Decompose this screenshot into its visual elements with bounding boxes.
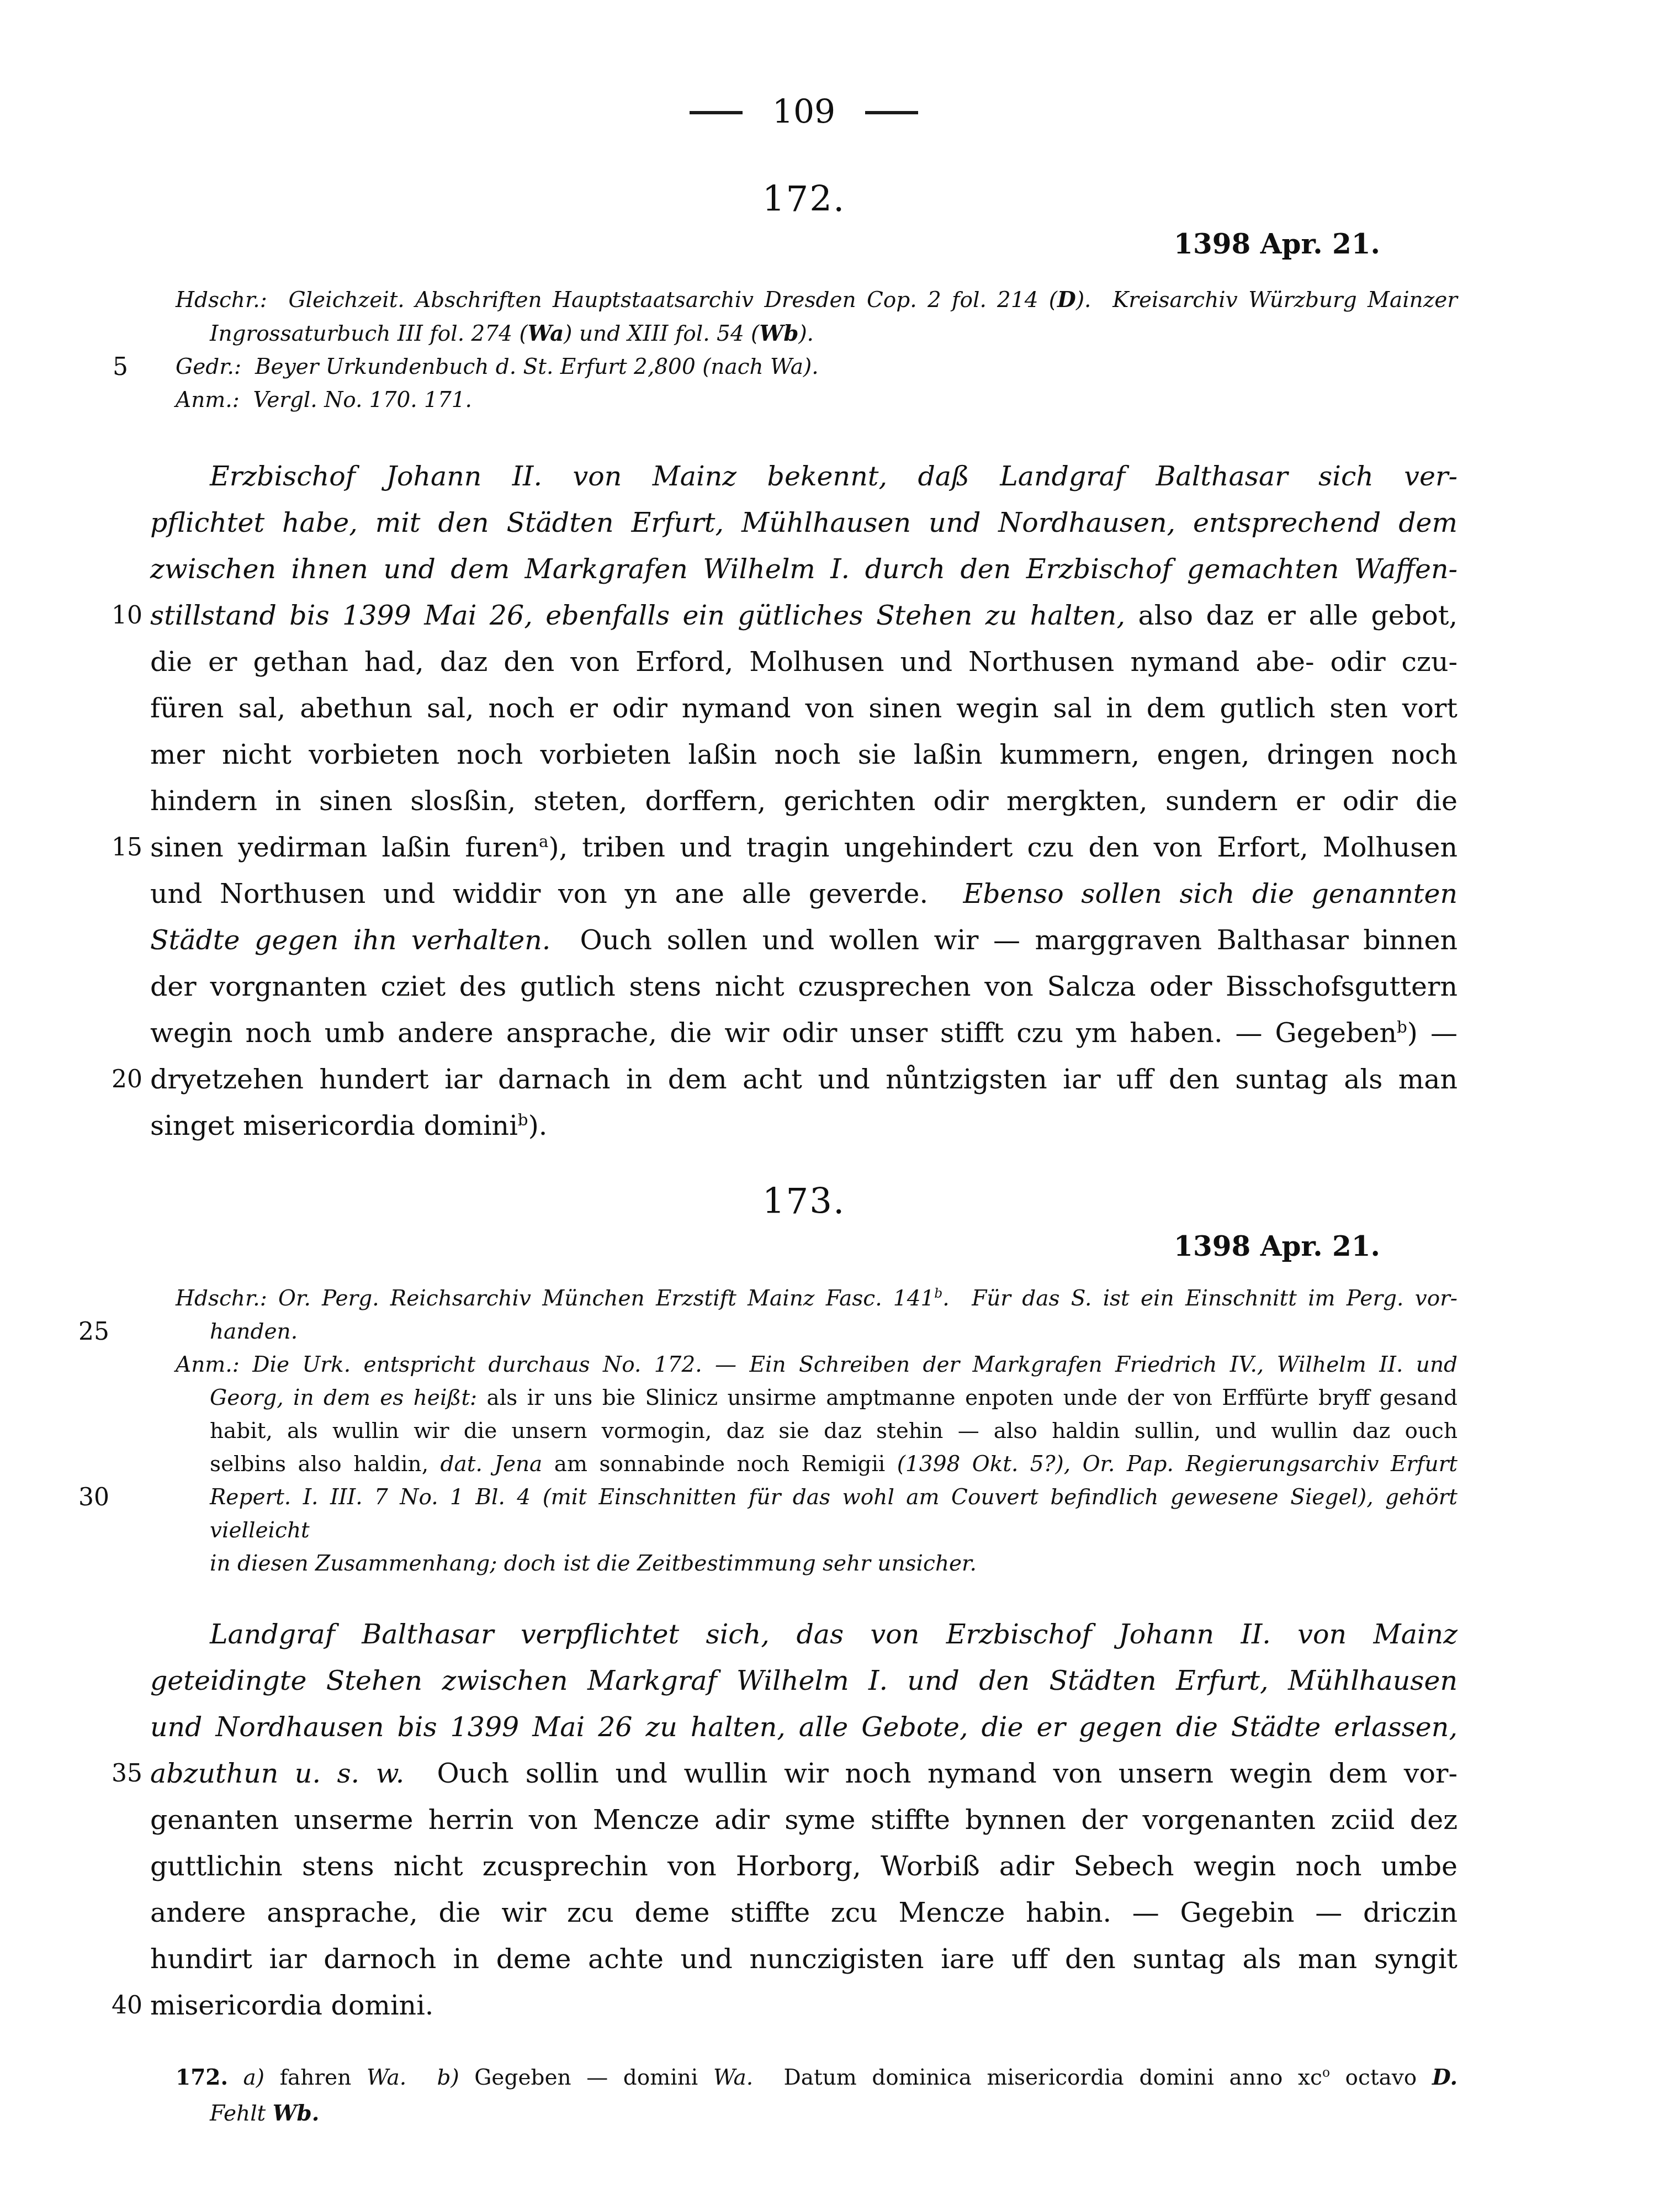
text-segment: pflichtet habe, mit den Städten Erfurt, … bbox=[150, 507, 1458, 538]
text-segment: zwischen ihnen und dem Markgrafen Wilhel… bbox=[150, 553, 1458, 585]
text-segment: (1398 Okt. 5?), bbox=[897, 1452, 1070, 1477]
text-segment: Wb bbox=[759, 321, 798, 346]
page-content: 109 172. 1398 Apr. 21. Hdschr.: Gleichze… bbox=[150, 0, 1458, 2132]
text-segment: geteidingte Stehen zwischen Markgraf Wil… bbox=[150, 1665, 1458, 1696]
text-segment: Ouch sollen und wollen wir — marggraven … bbox=[550, 924, 1458, 956]
footnote-block: 172. a) fahren Wa. b) Gegeben — domini W… bbox=[176, 2060, 1458, 2132]
text-segment bbox=[1070, 1452, 1082, 1477]
text-segment: am sonnabinde noch Remigii bbox=[542, 1452, 897, 1477]
margin-line-number: 15 bbox=[112, 824, 142, 871]
entry-173-body: Landgraf Balthasar verpflichtet sich, da… bbox=[150, 1611, 1458, 2029]
text-segment: a bbox=[539, 832, 549, 851]
text-segment: die er gethan had, daz den von Erford, M… bbox=[150, 646, 1458, 678]
text-line: hindern in sinen slosßin, steten, dorffe… bbox=[150, 778, 1458, 824]
text-line: 5Gedr.: Beyer Urkundenbuch d. St. Erfurt… bbox=[176, 351, 1458, 384]
text-segment: Gegeben — domini bbox=[459, 2065, 713, 2090]
text-line: und Nordhausen bis 1399 Mai 26 zu halten… bbox=[150, 1704, 1458, 1751]
text-segment: Hdschr.: Or. Perg. Reichsarchiv München … bbox=[176, 1286, 934, 1311]
text-segment: Or. Pap. Regierungsarchiv Erfurt bbox=[1083, 1452, 1458, 1477]
text-segment: guttlichin stens nicht zcusprechin von H… bbox=[150, 1850, 1458, 1882]
text-segment: füren sal, abethun sal, noch er odir nym… bbox=[150, 692, 1458, 724]
text-segment: andere ansprache, die wir zcu deme stiff… bbox=[150, 1897, 1458, 1928]
text-segment: Landgraf Balthasar verpflichtet sich, da… bbox=[210, 1619, 1458, 1650]
text-segment: b bbox=[518, 1111, 528, 1129]
text-segment: . Für das S. ist ein Einschnitt im Perg.… bbox=[942, 1286, 1458, 1311]
margin-line-number: 10 bbox=[112, 593, 142, 639]
text-line: und Northusen und widdir von yn ane alle… bbox=[150, 871, 1458, 917]
text-segment: Erzbischof Johann II. von Mainz bekennt,… bbox=[210, 461, 1458, 492]
text-segment: handen. bbox=[210, 1319, 298, 1344]
text-segment: dryetzehen hundert iar darnach in dem ac… bbox=[150, 1064, 1458, 1095]
text-segment: Städte gegen ihn verhalten. bbox=[150, 924, 550, 956]
text-segment: ), triben und tragin ungehindert czu den… bbox=[549, 832, 1458, 863]
text-segment: Ingrossaturbuch III fol. 274 ( bbox=[210, 321, 528, 346]
text-segment: abzuthun u. s. w. bbox=[150, 1758, 404, 1789]
page-number: 109 bbox=[772, 93, 836, 131]
text-segment: Ebenso sollen sich die genannten bbox=[963, 878, 1458, 910]
text-segment: b bbox=[1397, 1018, 1407, 1037]
text-segment: b bbox=[934, 1286, 942, 1301]
text-line: Erzbischof Johann II. von Mainz bekennt,… bbox=[150, 453, 1458, 500]
margin-line-number: 20 bbox=[112, 1056, 142, 1103]
text-segment: Anm.: Die Urk. entspricht durchaus No. 1… bbox=[176, 1352, 1458, 1377]
margin-line-number: 25 bbox=[78, 1315, 109, 1349]
text-segment: der vorgnanten cziet des gutlich stens n… bbox=[150, 971, 1458, 1002]
text-line: Städte gegen ihn verhalten. Ouch sollen … bbox=[150, 917, 1458, 964]
document-page: 109 172. 1398 Apr. 21. Hdschr.: Gleichze… bbox=[0, 0, 1680, 2189]
margin-line-number: 30 bbox=[78, 1481, 109, 1514]
text-line: genanten unserme herrin von Mencze adir … bbox=[150, 1797, 1458, 1843]
text-segment: octavo bbox=[1330, 2065, 1432, 2090]
text-segment: Anm.: Vergl. No. 170. 171. bbox=[176, 388, 472, 413]
text-segment: 172. bbox=[176, 2065, 228, 2090]
text-line: der vorgnanten cziet des gutlich stens n… bbox=[150, 964, 1458, 1010]
entry-172-source-block: Hdschr.: Gleichzeit. Abschriften Hauptst… bbox=[176, 283, 1458, 417]
text-segment: sinen yedirman laßin furen bbox=[150, 832, 539, 863]
text-segment: und Nordhausen bis 1399 Mai 26 zu halten… bbox=[150, 1711, 1458, 1743]
margin-line-number: 5 bbox=[113, 351, 128, 384]
text-segment: o bbox=[1322, 2065, 1330, 2080]
entry-173-heading: 173. bbox=[150, 1181, 1458, 1222]
text-line: Georg, in dem es heißt: als ir uns bie S… bbox=[176, 1382, 1458, 1415]
text-segment: wegin noch umb andere ansprache, die wir… bbox=[150, 1017, 1397, 1049]
text-segment: Wb. bbox=[273, 2101, 320, 2126]
text-segment: Datum dominica misericordia domini anno … bbox=[753, 2065, 1322, 2090]
text-segment: selbins also haldin, bbox=[210, 1452, 441, 1477]
text-line: hundirt iar darnoch in deme achte und nu… bbox=[150, 1936, 1458, 1982]
text-segment: ) und XIII fol. 54 ( bbox=[564, 321, 759, 346]
text-segment: hundirt iar darnoch in deme achte und nu… bbox=[150, 1943, 1458, 1975]
text-segment: stillstand bis 1399 Mai 26, ebenfalls ei… bbox=[150, 600, 1125, 631]
text-segment: ) — bbox=[1407, 1017, 1458, 1049]
text-line: Fehlt Wb. bbox=[176, 2096, 1458, 2132]
entry-173-source-block: Hdschr.: Or. Perg. Reichsarchiv München … bbox=[176, 1282, 1458, 1580]
text-segment: in diesen Zusammenhang; doch ist die Zei… bbox=[210, 1551, 977, 1576]
text-line: Ingrossaturbuch III fol. 274 (Wa) und XI… bbox=[176, 317, 1458, 351]
page-header: 109 bbox=[150, 0, 1458, 131]
text-line: in diesen Zusammenhang; doch ist die Zei… bbox=[176, 1547, 1458, 1580]
entry-172-heading: 172. bbox=[150, 179, 1458, 220]
entry-172-date: 1398 Apr. 21. bbox=[150, 228, 1458, 260]
text-line: selbins also haldin, dat. Jena am sonnab… bbox=[176, 1448, 1458, 1481]
text-line: Anm.: Vergl. No. 170. 171. bbox=[176, 384, 1458, 417]
text-line: andere ansprache, die wir zcu deme stiff… bbox=[150, 1890, 1458, 1936]
text-segment: Repert. I. III. 7 No. 1 Bl. 4 (mit Einsc… bbox=[210, 1485, 1458, 1543]
text-line: 25handen. bbox=[176, 1315, 1458, 1349]
text-segment: also daz er alle gebot, bbox=[1125, 600, 1458, 631]
text-line: pflichtet habe, mit den Städten Erfurt, … bbox=[150, 500, 1458, 546]
text-segment: mer nicht vorbieten noch vorbieten laßin… bbox=[150, 739, 1458, 770]
text-line: 35abzuthun u. s. w. Ouch sollin und wull… bbox=[150, 1751, 1458, 1797]
text-segment: habit, als wullin wir die unsern vormogi… bbox=[210, 1419, 1458, 1444]
text-segment: Hdschr.: Gleichzeit. Abschriften Hauptst… bbox=[176, 288, 1057, 313]
text-segment: ). bbox=[798, 321, 814, 346]
header-rule-right bbox=[865, 111, 918, 114]
text-line: 40misericordia domini. bbox=[150, 1982, 1458, 2029]
margin-line-number: 35 bbox=[112, 1751, 142, 1797]
text-segment: D. bbox=[1432, 2065, 1458, 2090]
text-line: mer nicht vorbieten noch vorbieten laßin… bbox=[150, 732, 1458, 778]
text-segment: fahren bbox=[264, 2065, 367, 2090]
text-segment: dat. Jena bbox=[441, 1452, 543, 1477]
text-segment: b) bbox=[406, 2065, 459, 2090]
text-line: füren sal, abethun sal, noch er odir nym… bbox=[150, 685, 1458, 732]
text-line: zwischen ihnen und dem Markgrafen Wilhel… bbox=[150, 546, 1458, 593]
text-segment: genanten unserme herrin von Mencze adir … bbox=[150, 1804, 1458, 1836]
text-line: Anm.: Die Urk. entspricht durchaus No. 1… bbox=[176, 1349, 1458, 1382]
text-segment: misericordia domini. bbox=[150, 1990, 433, 2021]
margin-line-number: 40 bbox=[112, 1982, 142, 2029]
text-line: geteidingte Stehen zwischen Markgraf Wil… bbox=[150, 1658, 1458, 1704]
entry-173-date: 1398 Apr. 21. bbox=[150, 1230, 1458, 1262]
text-line: 10stillstand bis 1399 Mai 26, ebenfalls … bbox=[150, 593, 1458, 639]
header-rule-left bbox=[690, 111, 743, 114]
text-segment: a) bbox=[228, 2065, 264, 2090]
text-line: 172. a) fahren Wa. b) Gegeben — domini W… bbox=[176, 2060, 1458, 2096]
text-segment: D bbox=[1057, 287, 1076, 313]
text-segment: hindern in sinen slosßin, steten, dorffe… bbox=[150, 785, 1458, 817]
text-segment: Georg, in dem es heißt: bbox=[210, 1386, 477, 1410]
text-line: guttlichin stens nicht zcusprechin von H… bbox=[150, 1843, 1458, 1890]
text-segment: singet misericordia domini bbox=[150, 1110, 518, 1141]
text-segment: ). Kreisarchiv Würzburg Mainzer bbox=[1076, 288, 1458, 313]
text-segment: Wa bbox=[528, 321, 564, 346]
text-segment: Gedr.: Beyer Urkundenbuch d. St. Erfurt … bbox=[176, 355, 819, 379]
text-segment: ). bbox=[528, 1110, 548, 1141]
text-line: Hdschr.: Gleichzeit. Abschriften Hauptst… bbox=[176, 283, 1458, 317]
text-line: Landgraf Balthasar verpflichtet sich, da… bbox=[150, 1611, 1458, 1658]
text-line: 30Repert. I. III. 7 No. 1 Bl. 4 (mit Ein… bbox=[176, 1481, 1458, 1547]
text-segment: Fehlt bbox=[210, 2101, 273, 2126]
entry-172-body: Erzbischof Johann II. von Mainz bekennt,… bbox=[150, 453, 1458, 1149]
text-line: wegin noch umb andere ansprache, die wir… bbox=[150, 1010, 1458, 1056]
text-line: 15sinen yedirman laßin furena), triben u… bbox=[150, 824, 1458, 871]
text-line: 20dryetzehen hundert iar darnach in dem … bbox=[150, 1056, 1458, 1103]
text-line: Hdschr.: Or. Perg. Reichsarchiv München … bbox=[176, 1282, 1458, 1315]
text-segment: und Northusen und widdir von yn ane alle… bbox=[150, 878, 963, 910]
text-segment: Wa. bbox=[367, 2065, 406, 2090]
text-line: habit, als wullin wir die unsern vormogi… bbox=[176, 1415, 1458, 1448]
text-segment: Wa. bbox=[713, 2065, 753, 2090]
text-line: singet misericordia dominib). bbox=[150, 1103, 1458, 1149]
text-segment: als ir uns bie Slinicz unsirme amptmanne… bbox=[477, 1386, 1458, 1410]
text-line: die er gethan had, daz den von Erford, M… bbox=[150, 639, 1458, 685]
text-segment: Ouch sollin und wullin wir noch nymand v… bbox=[404, 1758, 1458, 1789]
